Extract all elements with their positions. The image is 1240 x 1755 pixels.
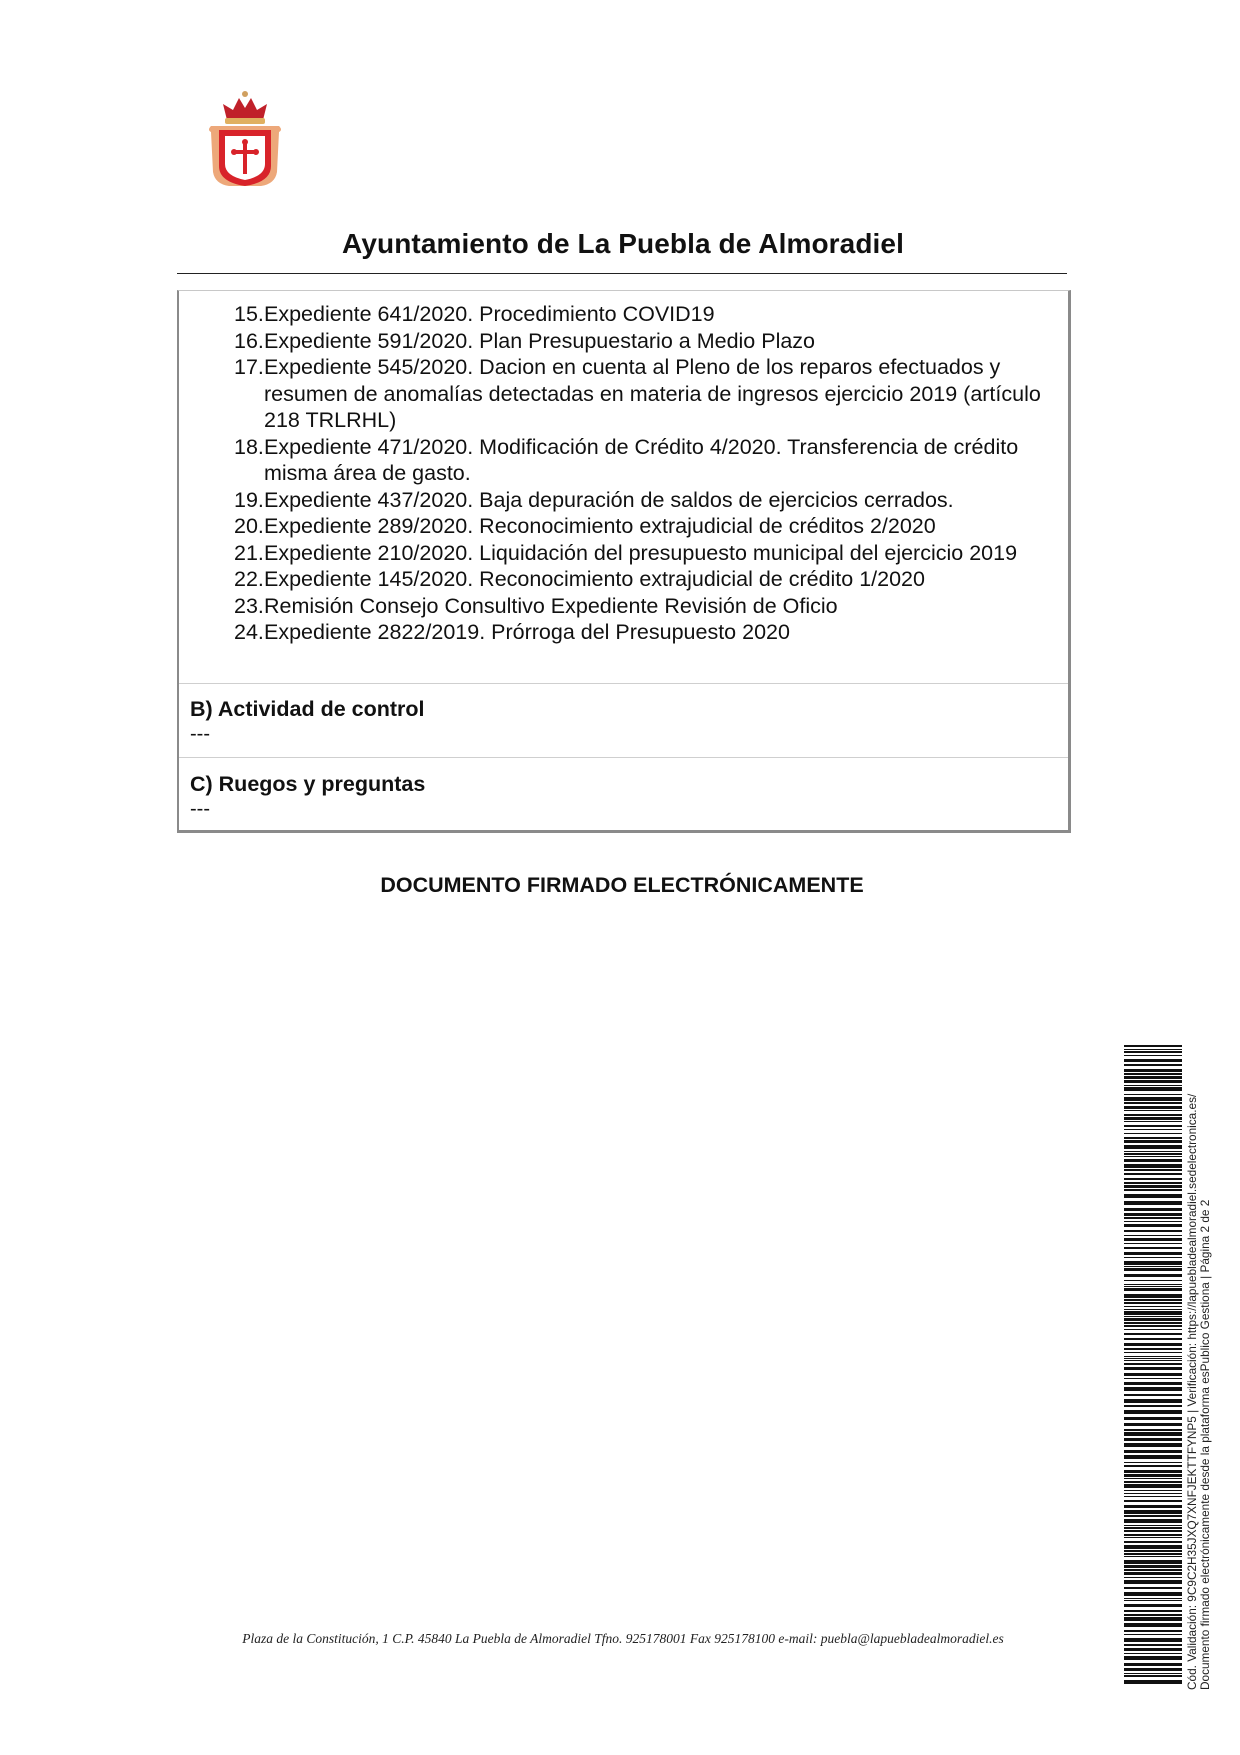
validation-platform: Documento firmado electrónicamente desde… (1199, 1094, 1212, 1690)
list-item: 23.Remisión Consejo Consultivo Expedient… (234, 593, 1058, 620)
section-control-activity: B) Actividad de control --- (179, 683, 1068, 758)
organization-title: Ayuntamiento de La Puebla de Almoradiel (178, 228, 1068, 260)
validation-text: Cód. Validación: 9C9C2H35JXQ7XNFJEKTTFYN… (1186, 1094, 1212, 1690)
item-text: Remisión Consejo Consultivo Expediente R… (264, 594, 838, 618)
barcode-icon (1124, 1045, 1182, 1685)
list-item: 17.Expediente 545/2020. Dacion en cuenta… (234, 354, 1058, 434)
agenda-box: 15.Expediente 641/2020. Procedimiento CO… (177, 290, 1071, 833)
item-text: Expediente 437/2020. Baja depuración de … (264, 488, 954, 512)
item-text: Expediente 471/2020. Modificación de Cré… (264, 435, 1018, 486)
item-number: 17. (234, 354, 264, 381)
section-body: --- (190, 798, 210, 821)
list-item: 19.Expediente 437/2020. Baja depuración … (234, 487, 1058, 514)
section-body: --- (190, 723, 210, 746)
item-number: 22. (234, 566, 264, 593)
list-item: 16.Expediente 591/2020. Plan Presupuesta… (234, 328, 1058, 355)
item-number: 16. (234, 328, 264, 355)
agenda-list: 15.Expediente 641/2020. Procedimiento CO… (234, 301, 1058, 646)
footer-address: Plaza de la Constitución, 1 C.P. 45840 L… (178, 1631, 1068, 1647)
list-item: 22.Expediente 145/2020. Reconocimiento e… (234, 566, 1058, 593)
coat-of-arms-icon (205, 86, 285, 198)
section-questions: C) Ruegos y preguntas --- (179, 758, 1068, 828)
list-item: 24.Expediente 2822/2019. Prórroga del Pr… (234, 619, 1058, 646)
list-item: 21.Expediente 210/2020. Liquidación del … (234, 540, 1058, 567)
item-number: 21. (234, 540, 264, 567)
list-item: 20.Expediente 289/2020. Reconocimiento e… (234, 513, 1058, 540)
item-text: Expediente 545/2020. Dacion en cuenta al… (264, 355, 1041, 432)
item-text: Expediente 591/2020. Plan Presupuestario… (264, 329, 815, 353)
item-text: Expediente 2822/2019. Prórroga del Presu… (264, 620, 790, 644)
item-text: Expediente 145/2020. Reconocimiento extr… (264, 567, 925, 591)
agenda-list-section: 15.Expediente 641/2020. Procedimiento CO… (179, 291, 1068, 684)
header-divider (177, 273, 1067, 274)
list-item: 15.Expediente 641/2020. Procedimiento CO… (234, 301, 1058, 328)
item-number: 24. (234, 619, 264, 646)
item-number: 20. (234, 513, 264, 540)
section-title: B) Actividad de control (190, 697, 425, 722)
item-number: 18. (234, 434, 264, 461)
signed-notice: DOCUMENTO FIRMADO ELECTRÓNICAMENTE (177, 873, 1067, 898)
list-item: 18.Expediente 471/2020. Modificación de … (234, 434, 1058, 487)
item-number: 23. (234, 593, 264, 620)
item-number: 15. (234, 301, 264, 328)
item-text: Expediente 641/2020. Procedimiento COVID… (264, 302, 715, 326)
item-number: 19. (234, 487, 264, 514)
item-text: Expediente 289/2020. Reconocimiento extr… (264, 514, 936, 538)
item-text: Expediente 210/2020. Liquidación del pre… (264, 541, 1017, 565)
section-title: C) Ruegos y preguntas (190, 772, 425, 797)
